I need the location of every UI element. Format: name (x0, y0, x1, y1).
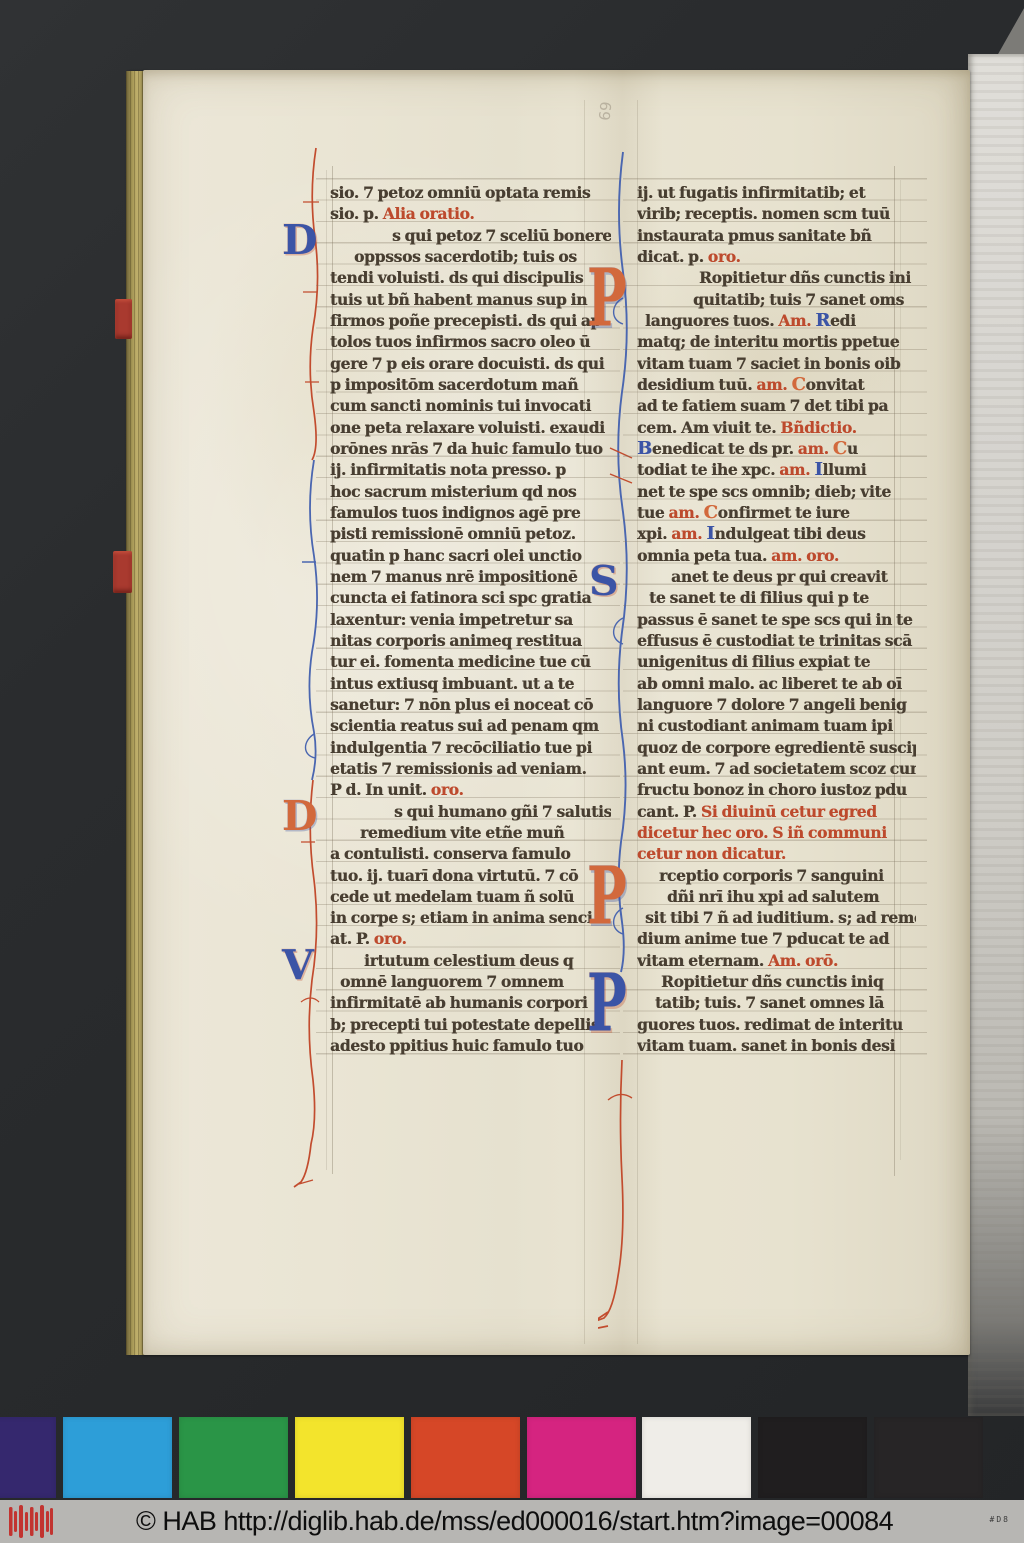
manuscript-line: cede ut medelam tuam ñ solū (330, 886, 611, 907)
folio-number-pencil: 69 (595, 101, 615, 122)
manuscript-line: Ropitietur dñs cunctis ini (637, 267, 916, 288)
manuscript-line: todiat te ihe xpc. am. Illumi (637, 459, 916, 480)
body-text: vitam tuam 7 saciet in bonis oib (637, 354, 900, 373)
manuscript-line: pisti remissionē omniū petoz. (330, 523, 611, 544)
corner-mark: #D8 (990, 1515, 1010, 1524)
body-text: P d. In unit. (330, 780, 431, 799)
manuscript-line: s qui petoz 7 sceliū bonere (330, 225, 611, 246)
body-text: llumi (822, 460, 866, 479)
manuscript-line: tatib; tuis. 7 sanet omnes lā (637, 992, 916, 1013)
color-checker-square (527, 1417, 636, 1498)
illuminated-initial: P (587, 969, 627, 1041)
body-text: ndulgeat tibi deus (714, 524, 865, 543)
body-text: etatis 7 remissionis ad veniam. (330, 759, 587, 778)
body-text: cuncta ei fatinora sci spc gratia (330, 588, 591, 607)
red-bookmark-tab (115, 299, 132, 339)
body-text: cum sancti nominis tui invocati (330, 396, 591, 415)
body-text: passus ē sanet te spe scs qui in te (637, 610, 912, 629)
body-text: tolos tuos infirmos sacro oleo ū (330, 332, 590, 351)
manuscript-line: p impositōm sacerdotum mañ (330, 374, 611, 395)
manuscript-line: sio. p. Alia oratio. (330, 203, 611, 224)
rubric-text: dicetur hec oro. S iñ communi (637, 823, 887, 842)
manuscript-line: sio. 7 petoz omniū optata remis (330, 182, 611, 203)
rubric-text: am. oro. (771, 546, 839, 565)
column-lines: ij. ut fugatis infirmitatib; etvirib; re… (637, 182, 916, 1056)
book-fore-edge (968, 54, 1024, 1416)
body-text: matq; de interitu mortis ppetue (637, 332, 899, 351)
illuminated-initial: P (587, 862, 627, 934)
body-text: laxentur: venia impetretur sa (330, 610, 573, 629)
manuscript-line: sanetur: 7 nōn plus ei noceat cō (330, 694, 611, 715)
manuscript-line: passus ē sanet te spe scs qui in te (637, 609, 916, 630)
rubric-text: oro. (708, 247, 741, 266)
manuscript-line: omnia peta tua. am. oro. (637, 545, 916, 566)
body-text: enedicat te ds pr. (652, 439, 798, 458)
illuminated-initial: S (589, 563, 619, 600)
manuscript-line: xpi. am. Indulgeat tibi deus (637, 523, 916, 544)
manuscript-line: nitas corporis animeq restitua (330, 630, 611, 651)
manuscript-line: cem. Am viuit te. Bñdictio. (637, 417, 916, 438)
body-text: dicat. p. (637, 247, 708, 266)
color-checker-square (411, 1417, 520, 1498)
body-text: quoz de corpore egredientē suscipi (637, 738, 916, 757)
rubric-text: oro. (374, 929, 407, 948)
manuscript-line: Ropitietur dñs cunctis iniq (637, 971, 916, 992)
body-text: Ropitietur dñs cunctis iniq (661, 972, 883, 991)
manuscript-line: sit tibi 7 ñ ad iuditium. s; ad reme (637, 907, 916, 928)
body-text: ad te fatiem suam 7 det tibi pa (637, 396, 888, 415)
manuscript-page: 69 sio. 7 petoz omniū optata remissio. p… (143, 70, 970, 1355)
body-text: todiat te ihe xpc. (637, 460, 779, 479)
body-text: onfirmet te iure (718, 503, 850, 522)
manuscript-line: ij. ut fugatis infirmitatib; et (637, 182, 916, 203)
inline-initial-orange: C (791, 374, 805, 395)
body-text: ni custodiant animam tuam ipi (637, 716, 893, 735)
body-text: tuis ut bñ habent manus sup in (330, 290, 587, 309)
manuscript-line: ij. infirmitatis nota presso. p (330, 459, 611, 480)
body-text: tatib; tuis. 7 sanet omnes lā (655, 993, 884, 1012)
body-text: famulos tuos indignos agē pre (330, 503, 580, 522)
body-text: virib; receptis. nomen scm tuū (637, 204, 890, 223)
illuminated-initial: P (587, 264, 627, 336)
manuscript-line: omnē languorem 7 omnem (330, 971, 611, 992)
body-text: p impositōm sacerdotum mañ (330, 375, 578, 394)
body-text: dñi nrī ihu xpi ad salutem (667, 887, 879, 906)
body-text: quatin p hanc sacri olei unctio (330, 546, 582, 565)
manuscript-line: ad te fatiem suam 7 det tibi pa (637, 395, 916, 416)
manuscript-line: gere 7 p eis orare docuisti. ds qui (330, 353, 611, 374)
manuscript-line: firmos poñe precepisti. ds qui ap (330, 310, 611, 331)
body-text: Ropitietur dñs cunctis ini (699, 268, 911, 287)
color-checker-square (179, 1417, 288, 1498)
body-text: b; precepti tui potestate depellis. (330, 1015, 604, 1034)
rubric-text: Alia oratio. (383, 204, 475, 223)
body-text: vitam eternam. (637, 951, 768, 970)
digitized-manuscript-scan: 69 sio. 7 petoz omniū optata remissio. p… (0, 0, 1024, 1543)
body-text: rceptio corporis 7 sanguini (659, 866, 884, 885)
body-text: cem. Am viuit te. (637, 418, 780, 437)
manuscript-line: vitam eternam. Am. orō. (637, 950, 916, 971)
body-text: adesto ppitius huic famulo tuo (330, 1036, 583, 1055)
manuscript-line: matq; de interitu mortis ppetue (637, 331, 916, 352)
color-checker-square (758, 1417, 867, 1498)
color-checker-square (0, 1417, 56, 1498)
manuscript-line: languores tuos. Am. Redi (637, 310, 916, 331)
body-text: xpi. (637, 524, 671, 543)
text-column-left: sio. 7 petoz omniū optata remissio. p. A… (330, 182, 611, 1056)
manuscript-line: quoz de corpore egredientē suscipi (637, 737, 916, 758)
body-text: omnē languorem 7 omnem (340, 972, 564, 991)
manuscript-line: at. P. oro. (330, 928, 611, 949)
body-text: cede ut medelam tuam ñ solū (330, 887, 574, 906)
illuminated-initial: V (282, 947, 314, 984)
body-text: desidium tuū. (637, 375, 756, 394)
manuscript-line: guores tuos. redimat de interitu (637, 1014, 916, 1035)
column-lines: sio. 7 petoz omniū optata remissio. p. A… (330, 182, 611, 1056)
body-text: sanetur: 7 nōn plus ei noceat cō (330, 695, 593, 714)
body-text: te sanet te di filius qui p te (649, 588, 869, 607)
rubric-text: am. (669, 503, 704, 522)
body-text: orōnes nrās 7 da huic famulo tuo (330, 439, 603, 458)
manuscript-line: ant eum. 7 ad societatem scoz cum (637, 758, 916, 779)
manuscript-line: dñi nrī ihu xpi ad salutem (637, 886, 916, 907)
rubric-text: Am. (778, 311, 815, 330)
rubric-text: Bñdictio. (780, 418, 856, 437)
body-text: at. P. (330, 929, 374, 948)
hab-barcode-logo-icon (8, 1503, 54, 1540)
manuscript-line: ab omni malo. ac liberet te ab oī (637, 673, 916, 694)
manuscript-line: ni custodiant animam tuam ipi (637, 715, 916, 736)
body-text: ant eum. 7 ad societatem scoz cum (637, 759, 916, 778)
manuscript-line: cant. P. Si diuinū cetur egred (637, 801, 916, 822)
manuscript-line: P d. In unit. oro. (330, 779, 611, 800)
body-text: guores tuos. redimat de interitu (637, 1015, 903, 1034)
copyright-caption: © HAB http://diglib.hab.de/mss/ed000016/… (136, 1506, 893, 1537)
caption-bar: © HAB http://diglib.hab.de/mss/ed000016/… (0, 1500, 1024, 1543)
manuscript-line: rceptio corporis 7 sanguini (637, 865, 916, 886)
manuscript-line: instaurata pmus sanitate bñ (637, 225, 916, 246)
body-text: languore 7 dolore 7 angeli benig (637, 695, 907, 714)
manuscript-line: oppssos sacerdotib; tuis os (330, 246, 611, 267)
rubric-text: am. (671, 524, 706, 543)
inline-initial-blue: B (637, 438, 652, 459)
manuscript-line: a contulisti. conserva famulo (330, 843, 611, 864)
body-text: intus extiusq imbuant. ut a te (330, 674, 574, 693)
color-checker-square (874, 1417, 983, 1498)
body-text: s qui humano gñi 7 salutis (394, 802, 611, 821)
manuscript-line: cetur non dicatur. (637, 843, 916, 864)
color-checker-square (295, 1417, 404, 1498)
manuscript-line: hoc sacrum misterium qd nos (330, 481, 611, 502)
body-text: quitatib; tuis 7 sanet oms (693, 290, 904, 309)
manuscript-line: te sanet te di filius qui p te (637, 587, 916, 608)
body-text: vitam tuam. sanet in bonis desi (637, 1036, 895, 1055)
manuscript-line: b; precepti tui potestate depellis. (330, 1014, 611, 1035)
manuscript-line: famulos tuos indignos agē pre (330, 502, 611, 523)
body-text: oppssos sacerdotib; tuis os (354, 247, 577, 266)
body-text: remedium vite etñe muñ (360, 823, 564, 842)
manuscript-line: Benedicat te ds pr. am. Cu (637, 438, 916, 459)
manuscript-line: languore 7 dolore 7 angeli benig (637, 694, 916, 715)
body-text: indulgentia 7 recōciliatio tue pi (330, 738, 592, 757)
inline-initial-orange: C (704, 502, 718, 523)
manuscript-line: laxentur: venia impetretur sa (330, 609, 611, 630)
manuscript-line: tue am. Confirmet te iure (637, 502, 916, 523)
body-text: cant. P. (637, 802, 701, 821)
body-text: ij. ut fugatis infirmitatib; et (637, 183, 865, 202)
rubric-text: oro. (431, 780, 464, 799)
body-text: tendi voluisti. ds qui discipulis (330, 268, 583, 287)
body-text: sio. 7 petoz omniū optata remis (330, 183, 590, 202)
body-text: sit tibi 7 ñ ad iuditium. s; ad reme (645, 908, 916, 927)
body-text: s qui petoz 7 sceliū bonere (392, 226, 611, 245)
body-text: tur ei. fomenta medicine tue cū (330, 652, 591, 671)
color-checker-square (63, 1417, 172, 1498)
manuscript-line: tuis ut bñ habent manus sup in (330, 289, 611, 310)
body-text: sio. p. (330, 204, 383, 223)
body-text: anet te deus pr qui creavit (671, 567, 888, 586)
body-text: tue (637, 503, 669, 522)
body-text: in corpe s; etiam in anima senci (330, 908, 592, 927)
manuscript-line: dicetur hec oro. S iñ communi (637, 822, 916, 843)
body-text: languores tuos. (645, 311, 778, 330)
manuscript-line: in corpe s; etiam in anima senci (330, 907, 611, 928)
manuscript-line: net te spe scs omnib; dieb; vite (637, 481, 916, 502)
manuscript-line: infirmitatē ab humanis corpori (330, 992, 611, 1013)
manuscript-line: s qui humano gñi 7 salutis (330, 801, 611, 822)
illuminated-initial: D (282, 222, 318, 259)
manuscript-line: orōnes nrās 7 da huic famulo tuo (330, 438, 611, 459)
color-checker-square (642, 1417, 751, 1498)
rubric-text: am. (798, 439, 833, 458)
manuscript-line: quitatib; tuis 7 sanet oms (637, 289, 916, 310)
body-text: dium anime tue 7 pducat te ad (637, 929, 889, 948)
rubric-text: am. (756, 375, 791, 394)
manuscript-line: fructu bonoz in choro iustoz pdu (637, 779, 916, 800)
inline-initial-blue: R (815, 310, 830, 331)
manuscript-line: one peta relaxare voluisti. exaudi (330, 417, 611, 438)
body-text: ab omni malo. ac liberet te ab oī (637, 674, 902, 693)
body-text: one peta relaxare voluisti. exaudi (330, 418, 605, 437)
rubric-text: cetur non dicatur. (637, 844, 786, 863)
body-text: ij. infirmitatis nota presso. p (330, 460, 566, 479)
body-text: omnia peta tua. (637, 546, 771, 565)
red-bookmark-tab (113, 551, 132, 593)
body-text: gere 7 p eis orare docuisti. ds qui (330, 354, 604, 373)
manuscript-line: unigenitus di filius expiat te (637, 651, 916, 672)
body-text: instaurata pmus sanitate bñ (637, 226, 871, 245)
manuscript-line: vitam tuam. sanet in bonis desi (637, 1035, 916, 1056)
body-text: unigenitus di filius expiat te (637, 652, 870, 671)
manuscript-line: dium anime tue 7 pducat te ad (637, 928, 916, 949)
body-text: irtutum celestium deus q (364, 951, 573, 970)
manuscript-line: tur ei. fomenta medicine tue cū (330, 651, 611, 672)
manuscript-line: nem 7 manus nrē impositionē (330, 566, 611, 587)
body-text: onvitat (805, 375, 864, 394)
body-text: net te spe scs omnib; dieb; vite (637, 482, 891, 501)
inline-initial-orange: C (833, 438, 847, 459)
manuscript-line: dicat. p. oro. (637, 246, 916, 267)
body-text: u (847, 439, 858, 458)
manuscript-line: cum sancti nominis tui invocati (330, 395, 611, 416)
manuscript-line: desidium tuū. am. Convitat (637, 374, 916, 395)
body-text: infirmitatē ab humanis corpori (330, 993, 588, 1012)
manuscript-line: cuncta ei fatinora sci spc gratia (330, 587, 611, 608)
text-column-right: ij. ut fugatis infirmitatib; etvirib; re… (637, 182, 916, 1056)
manuscript-line: tolos tuos infirmos sacro oleo ū (330, 331, 611, 352)
body-text: nitas corporis animeq restitua (330, 631, 582, 650)
manuscript-line: remedium vite etñe muñ (330, 822, 611, 843)
manuscript-line: quatin p hanc sacri olei unctio (330, 545, 611, 566)
rubric-text: Si diuinū cetur egred (701, 802, 877, 821)
body-text: effusus ē custodiat te trinitas scā (637, 631, 912, 650)
manuscript-line: indulgentia 7 recōciliatio tue pi (330, 737, 611, 758)
body-text: pisti remissionē omniū petoz. (330, 524, 576, 543)
body-text: firmos poñe precepisti. ds qui ap (330, 311, 601, 330)
body-text: tuo. ij. tuarī dona virtutū. 7 cō (330, 866, 578, 885)
manuscript-line: anet te deus pr qui creavit (637, 566, 916, 587)
manuscript-line: tuo. ij. tuarī dona virtutū. 7 cō (330, 865, 611, 886)
rubric-text: am. (779, 460, 814, 479)
color-calibration-bar (0, 1417, 1024, 1498)
manuscript-line: intus extiusq imbuant. ut a te (330, 673, 611, 694)
manuscript-line: irtutum celestium deus q (330, 950, 611, 971)
manuscript-line: etatis 7 remissionis ad veniam. (330, 758, 611, 779)
body-text: nem 7 manus nrē impositionē (330, 567, 577, 586)
illuminated-initial: D (282, 798, 318, 835)
rubric-text: Am. orō. (768, 951, 838, 970)
body-text: scientia reatus sui ad penam qm (330, 716, 599, 735)
manuscript-line: tendi voluisti. ds qui discipulis (330, 267, 611, 288)
manuscript-line: vitam tuam 7 saciet in bonis oib (637, 353, 916, 374)
body-text: a contulisti. conserva famulo (330, 844, 570, 863)
manuscript-line: adesto ppitius huic famulo tuo (330, 1035, 611, 1056)
manuscript-line: effusus ē custodiat te trinitas scā (637, 630, 916, 651)
body-text: hoc sacrum misterium qd nos (330, 482, 576, 501)
manuscript-line: virib; receptis. nomen scm tuū (637, 203, 916, 224)
manuscript-line: scientia reatus sui ad penam qm (330, 715, 611, 736)
body-text: fructu bonoz in choro iustoz pdu (637, 780, 907, 799)
body-text: edi (830, 311, 856, 330)
